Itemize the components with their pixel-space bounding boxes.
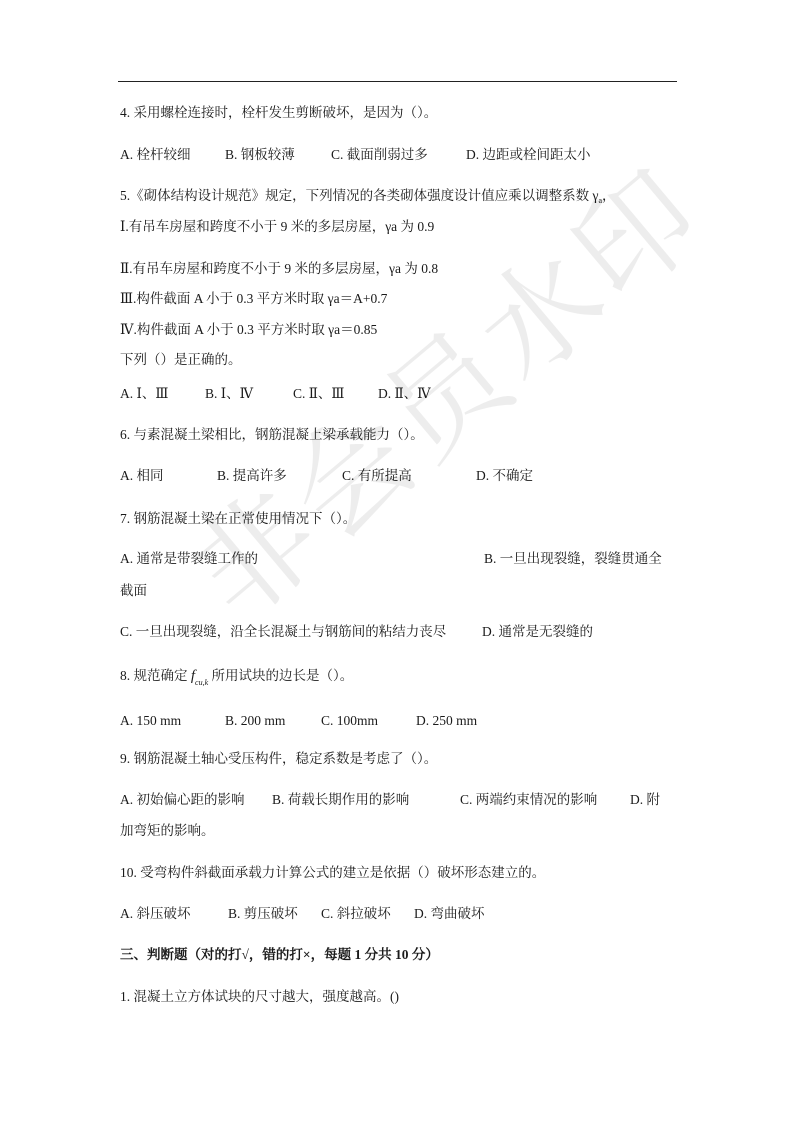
q8-option-c: C. 100mm [321, 712, 378, 730]
question-4-stem: 4. 采用螺栓连接时，栓杆发生剪断破坏，是因为（）。 [120, 104, 437, 122]
q5-option-b: B. Ⅰ、Ⅳ [205, 385, 253, 403]
q9-option-a: A. 初始偏心距的影响 [120, 791, 245, 809]
q10-option-c: C. 斜拉破坏 [321, 905, 391, 923]
q5-stem-text: 5.《砌体结构设计规范》规定，下列情况的各类砌体强度设计值应乘以调整系数 γ [120, 188, 598, 203]
q5-item-1: Ⅰ.有吊车房屋和跨度不小于 9 米的多层房屋，γa 为 0.9 [120, 218, 434, 236]
q6-option-b: B. 提高许多 [217, 467, 287, 485]
q6-option-c: C. 有所提高 [342, 467, 412, 485]
document-page: 4. 采用螺栓连接时，栓杆发生剪断破坏，是因为（）。 A. 栓杆较细 B. 钢板… [0, 0, 793, 1122]
q8-option-d: D. 250 mm [416, 712, 477, 730]
q4-option-b: B. 钢板较薄 [225, 146, 295, 164]
q5-prompt: 下列（）是正确的。 [120, 351, 242, 369]
q5-item-3: Ⅲ.构件截面 A 小于 0.3 平方米时取 γa＝A+0.7 [120, 290, 387, 308]
q8-stem-before: 8. 规范确定 [120, 668, 191, 683]
q5-option-d: D. Ⅱ、Ⅳ [378, 385, 431, 403]
q8-formula-symbol: fcu,k [191, 668, 208, 684]
q7-option-b-wrap: 截面 [120, 582, 147, 600]
q4-option-c: C. 截面削弱过多 [331, 146, 428, 164]
q5-option-a: A. Ⅰ、Ⅲ [120, 385, 168, 403]
q8-stem-after: 所用试块的边长是（）。 [208, 668, 353, 683]
q10-option-b: B. 剪压破坏 [228, 905, 298, 923]
header-divider [118, 81, 677, 82]
q5-stem-tail: ， [602, 188, 616, 203]
question-7-stem: 7. 钢筋混凝土梁在正常使用情况下（）。 [120, 510, 356, 528]
question-5-stem: 5.《砌体结构设计规范》规定，下列情况的各类砌体强度设计值应乘以调整系数 γa， [120, 187, 616, 210]
q8-symbol-subscript: cu,k [195, 678, 208, 687]
q5-item-4: Ⅳ.构件截面 A 小于 0.3 平方米时取 γa＝0.85 [120, 321, 377, 339]
q5-option-c: C. Ⅱ、Ⅲ [293, 385, 344, 403]
q10-option-a: A. 斜压破坏 [120, 905, 191, 923]
section-3-heading: 三、判断题（对的打√，错的打×，每题 1 分共 10 分） [120, 946, 439, 964]
section-3-item-1: 1. 混凝土立方体试块的尺寸越大，强度越高。() [120, 988, 399, 1006]
q9-option-d: D. 附 [630, 791, 660, 809]
q7-option-d: D. 通常是无裂缝的 [482, 623, 593, 641]
q4-option-d: D. 边距或栓间距太小 [466, 146, 591, 164]
q4-option-a: A. 栓杆较细 [120, 146, 191, 164]
question-10-stem: 10. 受弯构件斜截面承载力计算公式的建立是依据（）破坏形态建立的。 [120, 864, 545, 882]
question-8-stem: 8. 规范确定 fcu,k 所用试块的边长是（）。 [120, 667, 353, 692]
q9-option-b: B. 荷载长期作用的影响 [272, 791, 409, 809]
q9-option-d-wrap: 加弯矩的影响。 [120, 822, 215, 840]
q7-option-a: A. 通常是带裂缝工作的 [120, 550, 258, 568]
question-9-stem: 9. 钢筋混凝土轴心受压构件，稳定系数是考虑了（）。 [120, 750, 437, 768]
q8-option-b: B. 200 mm [225, 712, 285, 730]
q5-item-2: Ⅱ.有吊车房屋和跨度不小于 9 米的多层房屋，γa 为 0.8 [120, 260, 438, 278]
q6-option-a: A. 相同 [120, 467, 164, 485]
q9-option-c: C. 两端约束情况的影响 [460, 791, 597, 809]
q7-option-b: B. 一旦出现裂缝，裂缝贯通全 [484, 550, 662, 568]
q8-option-a: A. 150 mm [120, 712, 181, 730]
q6-option-d: D. 不确定 [476, 467, 533, 485]
q7-option-c: C. 一旦出现裂缝，沿全长混凝土与钢筋间的粘结力丧尽 [120, 623, 446, 641]
q10-option-d: D. 弯曲破坏 [414, 905, 485, 923]
question-6-stem: 6. 与素混凝土梁相比，钢筋混凝上梁承载能力（）。 [120, 426, 424, 444]
